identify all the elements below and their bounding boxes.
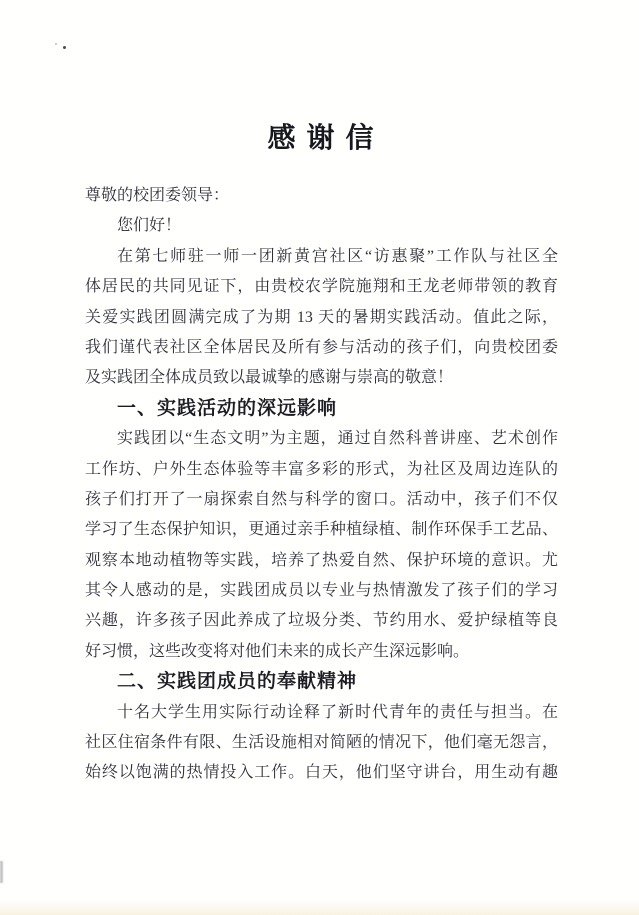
letter-content: 感 谢 信 尊敬的校团委领导： 您们好！ 在第七师驻一师一团新黄宫社区“访惠聚”… <box>85 0 558 789</box>
paper-bottom-tint <box>0 899 639 915</box>
section-heading-1: 一、实践活动的深远影响 <box>85 394 558 424</box>
body-line: 我们谨代表社区全体居民及所有参与活动的孩子们，向贵校团委 <box>85 333 558 363</box>
scanned-letter-page: 感 谢 信 尊敬的校团委领导： 您们好！ 在第七师驻一师一团新黄宫社区“访惠聚”… <box>0 0 639 915</box>
body-line: 始终以饱满的热情投入工作。白天，他们坚守讲台，用生动有趣 <box>85 758 558 788</box>
body-line: 体居民的共同见证下，由贵校农学院施翔和王龙老师带领的教育 <box>85 272 558 302</box>
body-line: 关爱实践团圆满完成了为期 13 天的暑期实践活动。值此之际， <box>85 303 558 333</box>
ink-speck <box>63 46 66 49</box>
section-heading-2: 二、实践团成员的奉献精神 <box>85 667 558 697</box>
letter-body: 尊敬的校团委领导： 您们好！ 在第七师驻一师一团新黄宫社区“访惠聚”工作队与社区… <box>85 181 558 789</box>
body-line: 十名大学生用实际行动诠释了新时代青年的责任与担当。在 <box>85 698 558 728</box>
letter-title: 感 谢 信 <box>85 120 558 158</box>
body-line: 学习了生态保护知识，更通过亲手种植绿植、制作环保手工艺品、 <box>85 515 558 545</box>
greeting-line: 您们好！ <box>85 211 558 241</box>
body-line: 社区住宿条件有限、生活设施相对简陋的情况下，他们毫无怨言， <box>85 728 558 758</box>
body-line: 其令人感动的是，实践团成员以专业与热情激发了孩子们的学习 <box>85 576 558 606</box>
body-line: 在第七师驻一师一团新黄宫社区“访惠聚”工作队与社区全 <box>85 242 558 272</box>
body-line: 兴趣，许多孩子因此养成了垃圾分类、节约用水、爱护绿植等良 <box>85 606 558 636</box>
body-line: 工作坊、户外生态体验等丰富多彩的形式，为社区及周边连队的 <box>85 455 558 485</box>
salutation-line: 尊敬的校团委领导： <box>85 181 558 211</box>
body-line: 好习惯，这些改变将对他们未来的成长产生深远影响。 <box>85 637 558 667</box>
body-line: 实践团以“生态文明”为主题，通过自然科普讲座、艺术创作 <box>85 424 558 454</box>
scan-edge-sliver <box>0 861 3 883</box>
ink-speck <box>55 43 57 45</box>
body-line: 观察本地动植物等实践，培养了热爱自然、保护环境的意识。尤 <box>85 546 558 576</box>
body-line: 及实践团全体成员致以最诚挚的感谢与崇高的敬意！ <box>85 363 558 393</box>
body-line: 孩子们打开了一扇探索自然与科学的窗口。活动中，孩子们不仅 <box>85 485 558 515</box>
